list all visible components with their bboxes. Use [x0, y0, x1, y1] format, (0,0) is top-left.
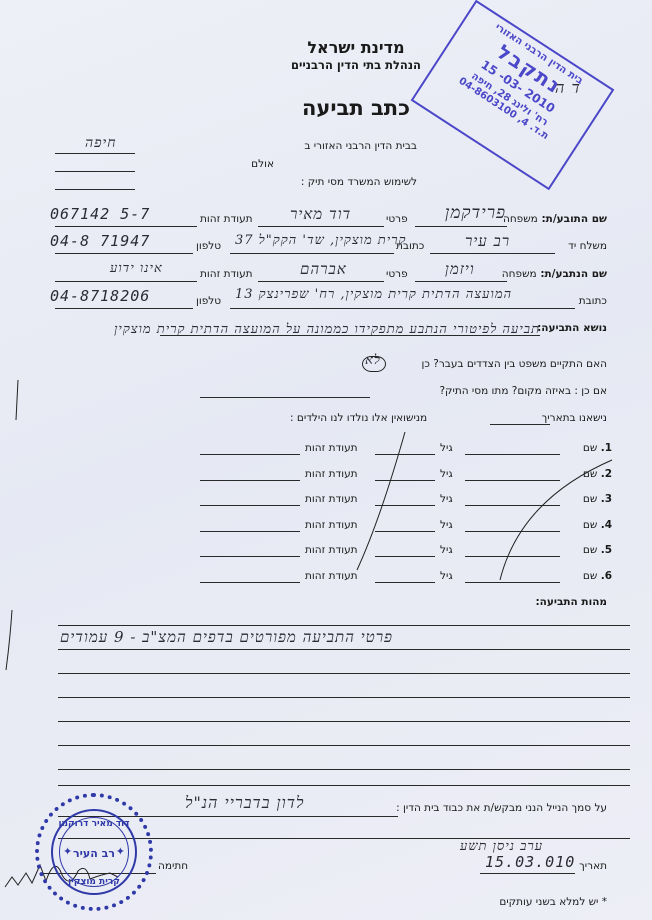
date-label: תאריך [579, 860, 607, 872]
request-field[interactable]: לדון בדבריי הנ"ל [185, 793, 304, 813]
seal-title: רב העיר [39, 847, 149, 860]
essence-line-4 [58, 697, 630, 698]
copies-note: * יש למלא בשני עותקים [499, 896, 607, 908]
essence-line-8 [58, 785, 630, 786]
strike-lines [0, 0, 652, 920]
date-line [480, 873, 575, 874]
essence-line-1 [58, 625, 630, 626]
essence-line-7 [58, 769, 630, 770]
essence-line-2 [58, 649, 630, 650]
seal-city: קרית מוצקין [39, 877, 149, 887]
date-field[interactable]: 15.03.010 [485, 853, 575, 871]
rabbi-seal: דוד מאיר דרוקמן ✦ ✦ רב העיר קרית מוצקין [35, 793, 153, 911]
signature-label: חתימה [158, 860, 188, 872]
hebrew-date: ערב ניסן תשע [460, 838, 543, 854]
claim-essence-label: מהות התביעה: [535, 596, 607, 608]
essence-line-3 [58, 673, 630, 674]
seal-name: דוד מאיר דרוקמן [39, 819, 149, 829]
claim-essence-field[interactable]: פרטי התביעה מפורטים בדפים המצ"ב - 9 עמוד… [60, 628, 393, 647]
request-label: על סמך הנייל הנני מבקש/ת את כבוד בית הדי… [396, 802, 607, 814]
essence-line-6 [58, 745, 630, 746]
essence-line-5 [58, 721, 630, 722]
